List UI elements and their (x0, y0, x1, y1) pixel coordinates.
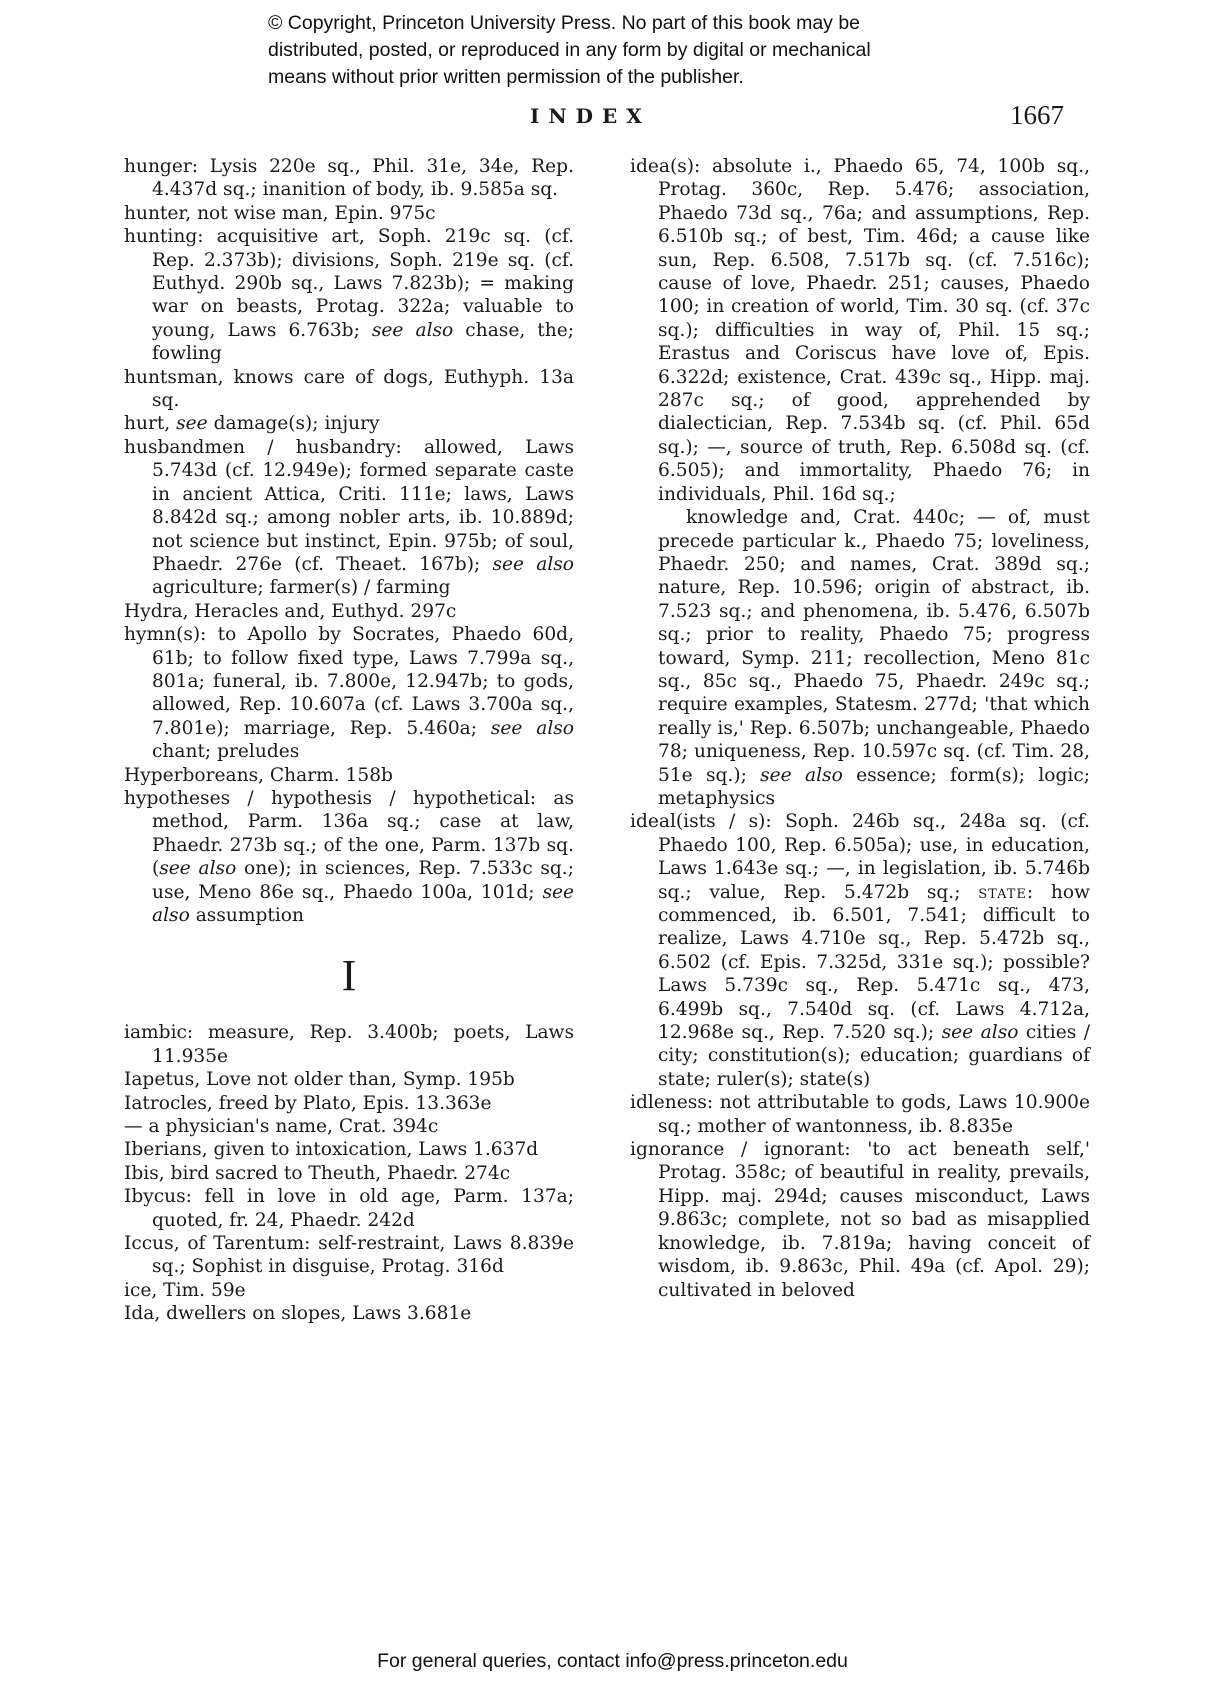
index-entry: ignorance / ignorant: 'to act beneath se… (630, 1138, 1090, 1302)
index-entry: huntsman, knows care of dogs, Euthyph. 1… (124, 366, 574, 413)
entries-i: iambic: measure, Rep. 3.400b; poets, Law… (124, 1021, 574, 1325)
running-head: INDEX 1667 (0, 100, 1225, 140)
copyright-line: distributed, posted, or reproduced in an… (268, 37, 1008, 64)
entries-i-continued: idea(s): absolute i., Phaedo 65, 74, 100… (630, 155, 1090, 1302)
index-column-right: idea(s): absolute i., Phaedo 65, 74, 100… (630, 155, 1090, 1302)
index-entry: Iatrocles, freed by Plato, Epis. 13.363e (124, 1092, 574, 1115)
index-entry: hymn(s): to Apollo by Socrates, Phaedo 6… (124, 623, 574, 763)
index-entry: Ida, dwellers on slopes, Laws 3.681e (124, 1302, 574, 1325)
copyright-notice: © Copyright, Princeton University Press.… (268, 10, 1008, 91)
running-title: INDEX (530, 104, 651, 128)
index-entry: ice, Tim. 59e (124, 1279, 574, 1302)
index-column-left: hunger: Lysis 220e sq., Phil. 31e, 34e, … (124, 155, 574, 1326)
index-entry: Ibycus: fell in love in old age, Parm. 1… (124, 1185, 574, 1232)
footer-contact: For general queries, contact info@press.… (0, 1650, 1225, 1673)
index-entry: — a physician's name, Crat. 394c (124, 1115, 574, 1138)
index-entry: Ibis, bird sacred to Theuth, Phaedr. 274… (124, 1162, 574, 1185)
copyright-line: © Copyright, Princeton University Press.… (268, 10, 1008, 37)
index-entry: idea(s): absolute i., Phaedo 65, 74, 100… (630, 155, 1090, 506)
index-entry: Iapetus, Love not older than, Symp. 195b (124, 1068, 574, 1091)
index-entry: Iberians, given to intoxication, Laws 1.… (124, 1138, 574, 1161)
index-entry: ideal(ists / s): Soph. 246b sq., 248a sq… (630, 810, 1090, 1091)
index-entry: Hydra, Heracles and, Euthyd. 297c (124, 600, 574, 623)
index-entry: hunger: Lysis 220e sq., Phil. 31e, 34e, … (124, 155, 574, 202)
entries-h: hunger: Lysis 220e sq., Phil. 31e, 34e, … (124, 155, 574, 927)
index-entry: hurt, see damage(s); injury (124, 412, 574, 435)
index-entry: husbandmen / husbandry: allowed, Laws 5.… (124, 436, 574, 600)
index-entry: iambic: measure, Rep. 3.400b; poets, Law… (124, 1021, 574, 1068)
index-entry: knowledge and, Crat. 440c; — of, must pr… (630, 506, 1090, 810)
page-number: 1667 (1010, 100, 1064, 131)
index-entry: idleness: not attributable to gods, Laws… (630, 1091, 1090, 1138)
index-entry: hypotheses / hypothesis / hypothetical: … (124, 787, 574, 927)
index-entry: Iccus, of Tarentum: self-restraint, Laws… (124, 1232, 574, 1279)
copyright-line: means without prior written permission o… (268, 64, 1008, 91)
letter-heading: I (124, 951, 574, 1001)
index-entry: Hyperboreans, Charm. 158b (124, 764, 574, 787)
index-entry: hunting: acquisitive art, Soph. 219c sq.… (124, 225, 574, 365)
index-entry: hunter, not wise man, Epin. 975c (124, 202, 574, 225)
